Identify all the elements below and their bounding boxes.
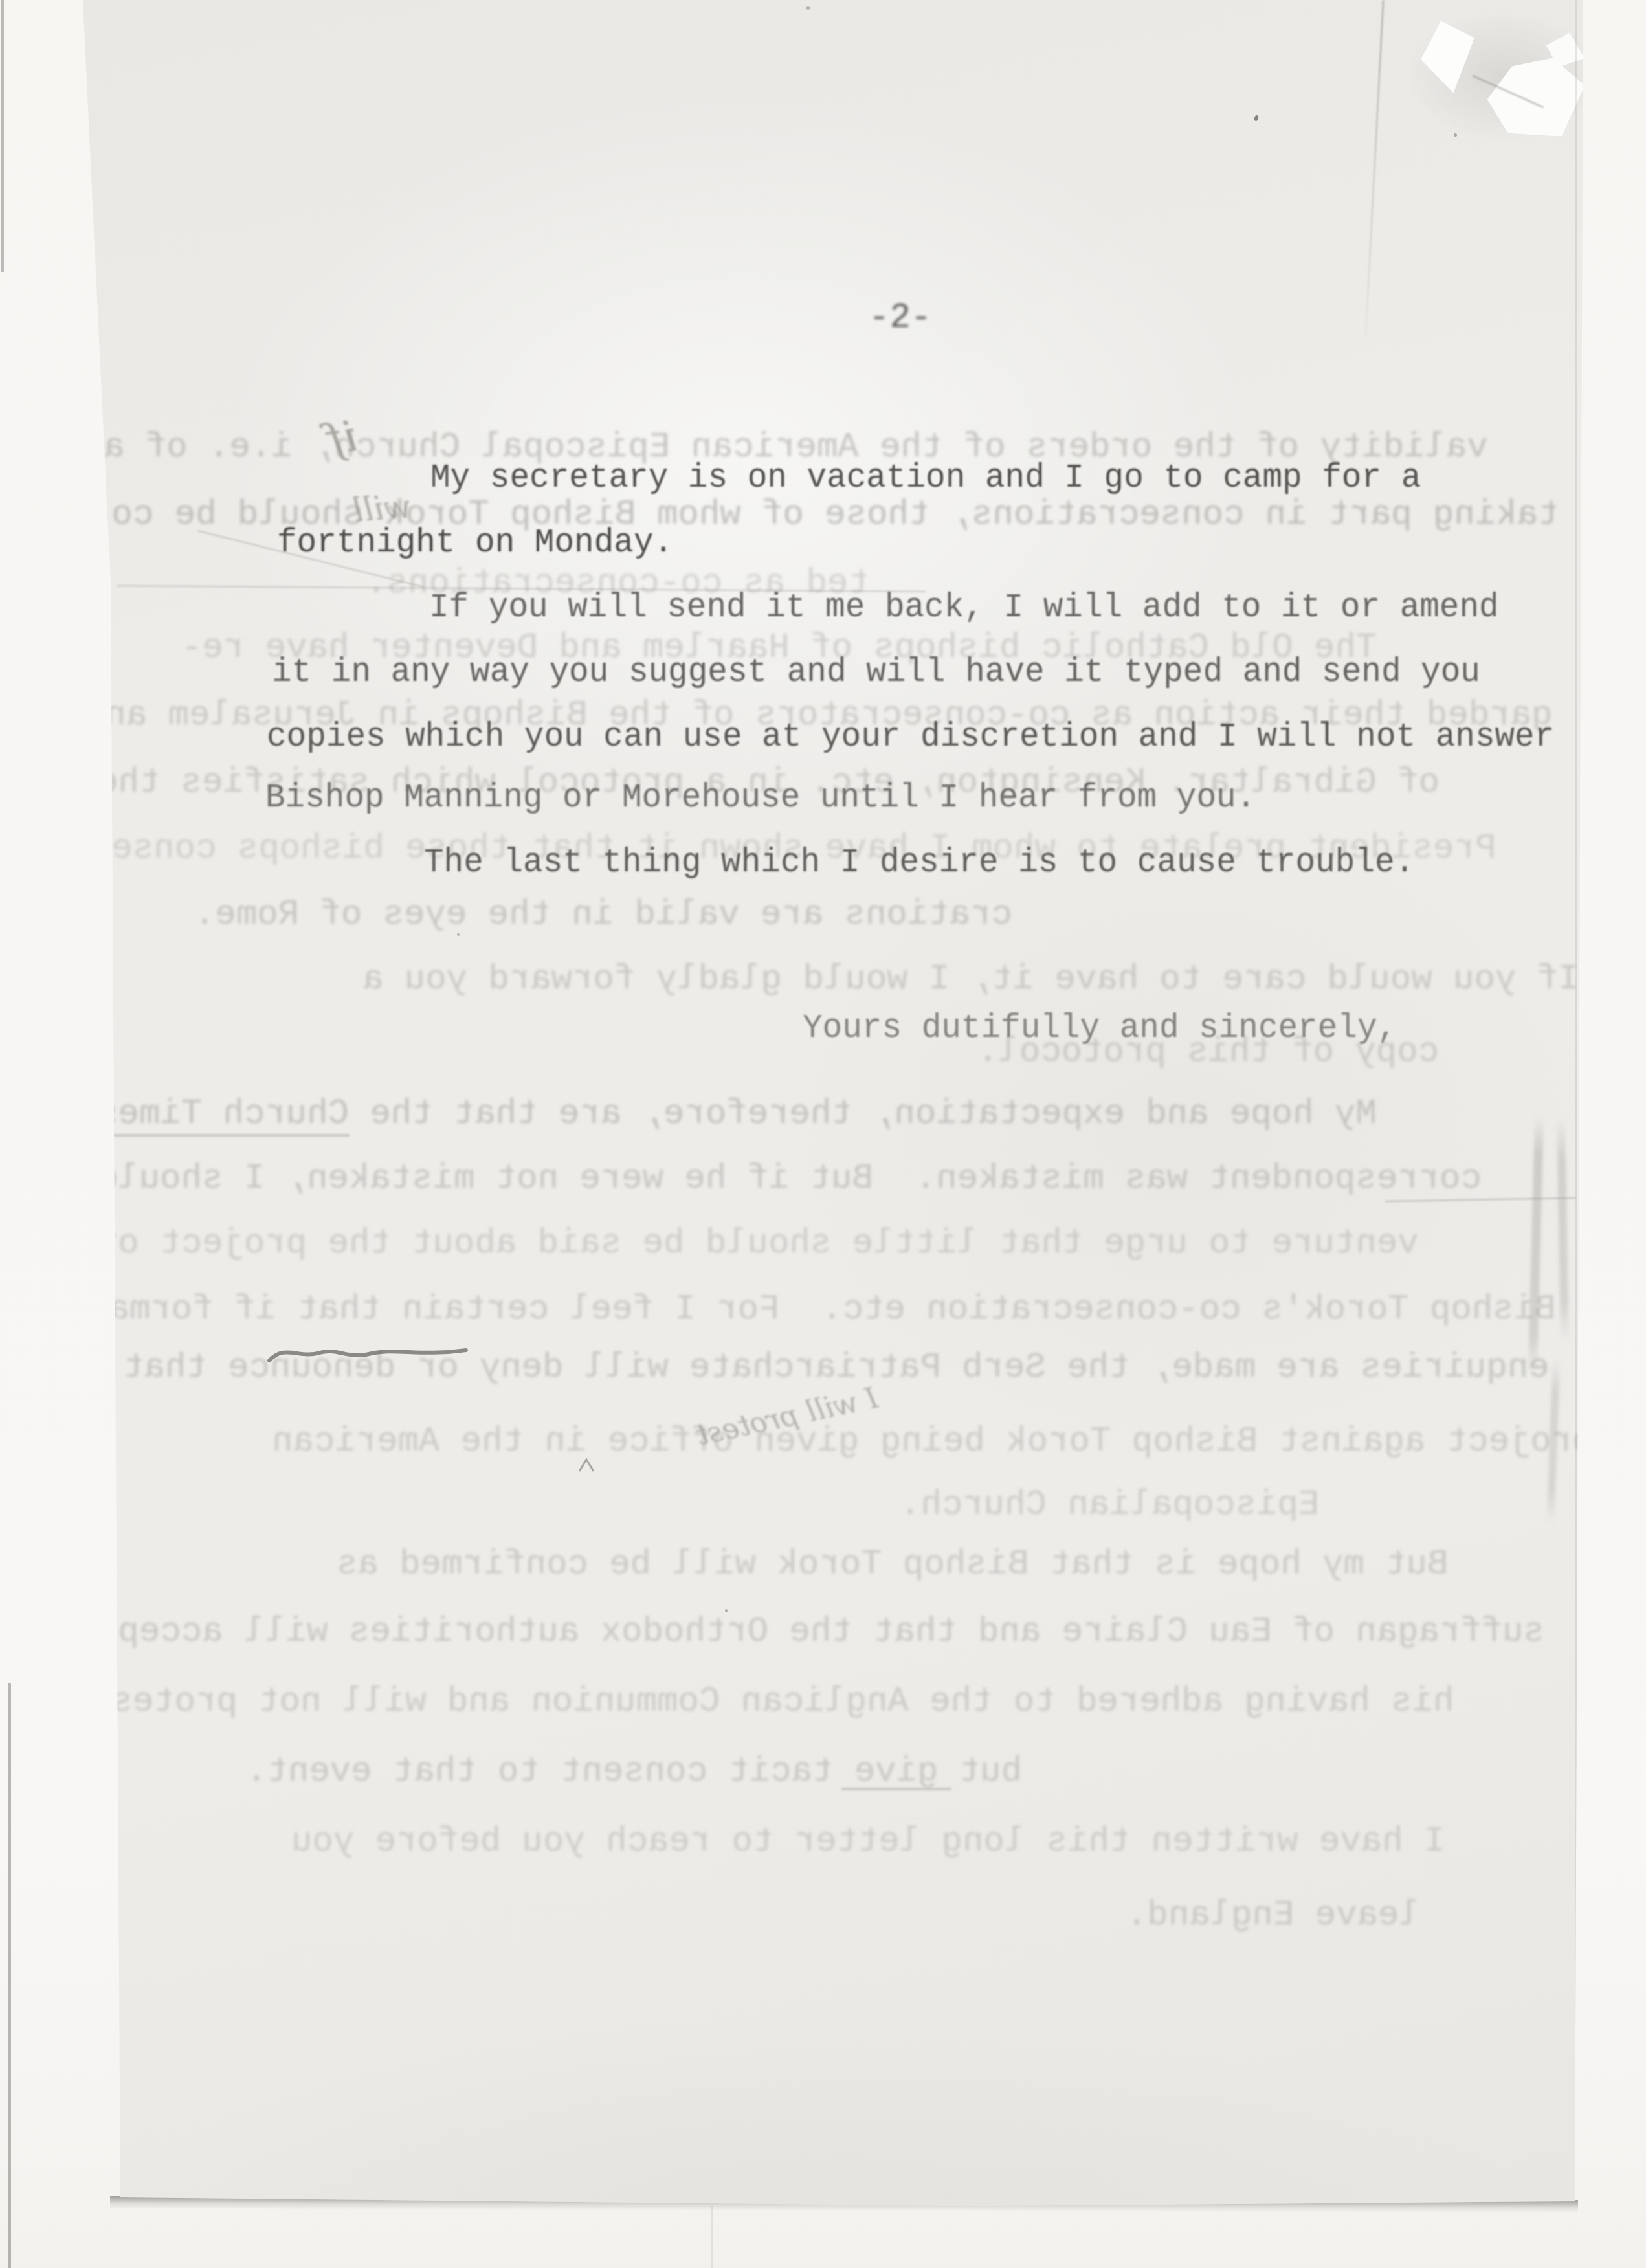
ink-speck — [725, 1609, 728, 1612]
bleed-line: But my hope is that Bishop Torok will be… — [337, 1546, 1448, 1584]
typed-line: The last thing which I desire is to caus… — [424, 845, 1414, 882]
scanner-fold-line — [711, 2206, 713, 2268]
typed-line: copies which you can use at your discret… — [267, 720, 1554, 756]
caret-mark — [578, 1458, 595, 1473]
bleed-line: crations are valid in the eyes of Rome. — [194, 896, 1012, 934]
scanned-letter-page: validity of the orders of the American E… — [0, 0, 1646, 2268]
typed-closing-line: Yours dutifully and sincerely, — [803, 1011, 1397, 1047]
typed-line: it in any way you suggest and will have … — [272, 655, 1480, 691]
handwritten-note: will — [287, 450, 413, 534]
ink-speck — [1254, 115, 1260, 122]
bleed-underline-tacit — [841, 1788, 951, 1790]
paper-edge-line — [1575, 0, 1577, 2201]
bleed-line: If you would care to have it, I would gl… — [362, 961, 1579, 999]
page-number: -2- — [869, 299, 931, 337]
bleed-line: suffragan of Eau Claire and that the Ort… — [97, 1613, 1544, 1651]
typed-line: My secretary is on vacation and I go to … — [430, 461, 1421, 497]
letter-paper: validity of the orders of the American E… — [0, 0, 1646, 2268]
bleed-line: My hope and expectation, therefore, are … — [97, 1095, 1377, 1133]
bleed-line: leave England. — [1126, 1896, 1420, 1935]
ink-speck — [1454, 133, 1457, 137]
crease — [1364, 0, 1384, 336]
margin-streak — [1557, 1118, 1569, 1342]
bleed-line: project against Bishop Torok being given… — [272, 1423, 1594, 1461]
typed-line: If you will send it me back, I will add … — [429, 590, 1499, 627]
ink-speck — [806, 6, 810, 10]
bleed-line: but give tacit consent to that event. — [246, 1753, 1022, 1791]
bleed-line: Bishop Torok's co-consecration etc. For … — [87, 1291, 1555, 1329]
bleed-line: his having adhered to the Anglican Commu… — [91, 1683, 1454, 1721]
typed-line: fortnight on Monday. — [277, 526, 673, 562]
scanner-edge-line — [1, 0, 4, 272]
pencil-squiggle — [265, 1339, 473, 1367]
scanner-edge-line — [8, 1683, 11, 2268]
typed-line: Bishop Manning or Morehouse until I hear… — [265, 781, 1256, 817]
bleed-underline-church-times — [97, 1134, 350, 1137]
bleed-line: venture to urge that little should be sa… — [97, 1225, 1419, 1263]
bleed-line: Episcopalian Church. — [900, 1486, 1319, 1524]
bleed-line: correspondent was mistaken. But if he we… — [97, 1160, 1482, 1198]
margin-streak — [1528, 1115, 1544, 1373]
bleed-line: I have written this long letter to reach… — [291, 1823, 1445, 1861]
ink-speck — [457, 933, 460, 936]
